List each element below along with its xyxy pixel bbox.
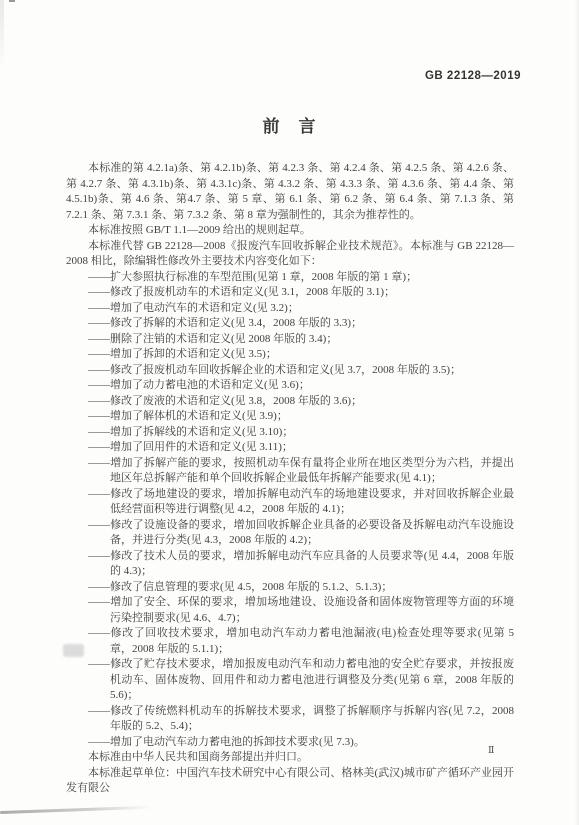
standard-code: GB 22128—2019 bbox=[425, 70, 521, 82]
paragraph: 本标准由中华人民共和国商务部提出并归口。 bbox=[66, 750, 514, 766]
paragraph: ——增加了拆解线的术语和定义(见 3.10)； bbox=[66, 425, 514, 441]
paragraph: ——增加了安全、环保的要求，增加场地建设、设施设备和固体废物管理等方面的环境污染… bbox=[66, 595, 514, 626]
paragraph: 本标准起草单位：中国汽车技术研究中心有限公司、格林美(武汉)城市矿产循环产业园开… bbox=[66, 766, 514, 797]
paragraph: 本标准的第 4.2.1a)条、第 4.2.1b)条、第 4.2.3 条、第 4.… bbox=[66, 161, 514, 223]
paragraph: ——修改了报废机动车的术语和定义(见 3.1，2008 年版的 3.1)； bbox=[66, 285, 514, 301]
paragraph: ——增加了解体机的术语和定义(见 3.9)； bbox=[66, 409, 514, 425]
scan-page-curl-line bbox=[0, 806, 152, 814]
paragraph: ——增加了电动汽车动力蓄电池的拆卸技术要求(见 7.3)。 bbox=[66, 735, 514, 751]
paragraph: 本标准代替 GB 22128—2008《报废汽车回收拆解企业技术规范》。本标准与… bbox=[66, 239, 514, 270]
paragraph: ——增加了拆解产能的要求，按照机动车保有量将企业所在地区类型分为六档，并提出地区… bbox=[66, 456, 514, 487]
paragraph: ——修改了场地建设的要求，增加拆解电动汽车的场地建设要求，并对回收拆解企业最低经… bbox=[66, 487, 514, 518]
paragraph: ——修改了废液的术语和定义(见 3.8，2008 年版的 3.6)； bbox=[66, 394, 514, 410]
scan-edge-strip-left bbox=[0, 0, 4, 70]
paragraph: 本标准按照 GB/T 1.1—2009 给出的规则起草。 bbox=[66, 223, 514, 239]
paragraph: ——增加了电动汽车的术语和定义(见 3.2)； bbox=[66, 301, 514, 317]
paragraph: ——增加了动力蓄电池的术语和定义(见 3.6)； bbox=[66, 378, 514, 394]
paragraph: ——修改了贮存技术要求，增加报废电动汽车和动力蓄电池的安全贮存要求，并按报废机动… bbox=[66, 657, 514, 704]
paragraph: ——修改了技术人员的要求，增加拆解电动汽车应具备的人员要求等(见 4.4，200… bbox=[66, 549, 514, 580]
paragraph: ——增加了拆卸的术语和定义(见 3.5)； bbox=[66, 347, 514, 363]
scan-speck-top-left bbox=[9, 0, 15, 2]
paragraph: ——修改了回收技术要求，增加电动汽车动力蓄电池漏液(电)检查处理等要求(见第 5… bbox=[66, 626, 514, 657]
paragraph: ——修改了拆解的术语和定义(见 3.4，2008 年版的 3.3)； bbox=[66, 316, 514, 332]
paragraph: ——修改了信息管理的要求(见 4.5，2008 年版的 5.1.2、5.1.3)… bbox=[66, 580, 514, 596]
page-number: Ⅱ bbox=[488, 745, 494, 756]
paragraph: ——扩大参照执行标准的车型范围(见第 1 章，2008 年版的第 1 章)； bbox=[66, 270, 514, 286]
page-title: 前 言 bbox=[0, 112, 579, 137]
paragraph: ——删除了注销的术语和定义(见 2008 年版的 3.4)； bbox=[66, 332, 514, 348]
paragraph: ——增加了回用件的术语和定义(见 3.11)； bbox=[66, 440, 514, 456]
paragraph: ——修改了传统燃料机动车的拆解技术要求，调整了拆解顺序与拆解内容(见 7.2，2… bbox=[66, 704, 514, 735]
paragraph: ——修改了报废机动车回收拆解企业的术语和定义(见 3.7，2008 年版的 3.… bbox=[66, 363, 514, 379]
document-page: GB 22128—2019 前 言 本标准的第 4.2.1a)条、第 4.2.1… bbox=[0, 0, 579, 825]
paragraph-list: 本标准的第 4.2.1a)条、第 4.2.1b)条、第 4.2.3 条、第 4.… bbox=[66, 161, 514, 797]
paragraph: ——修改了设施设备的要求，增加回收拆解企业具备的必要设备及拆解电动汽车设施设备，… bbox=[66, 518, 514, 549]
